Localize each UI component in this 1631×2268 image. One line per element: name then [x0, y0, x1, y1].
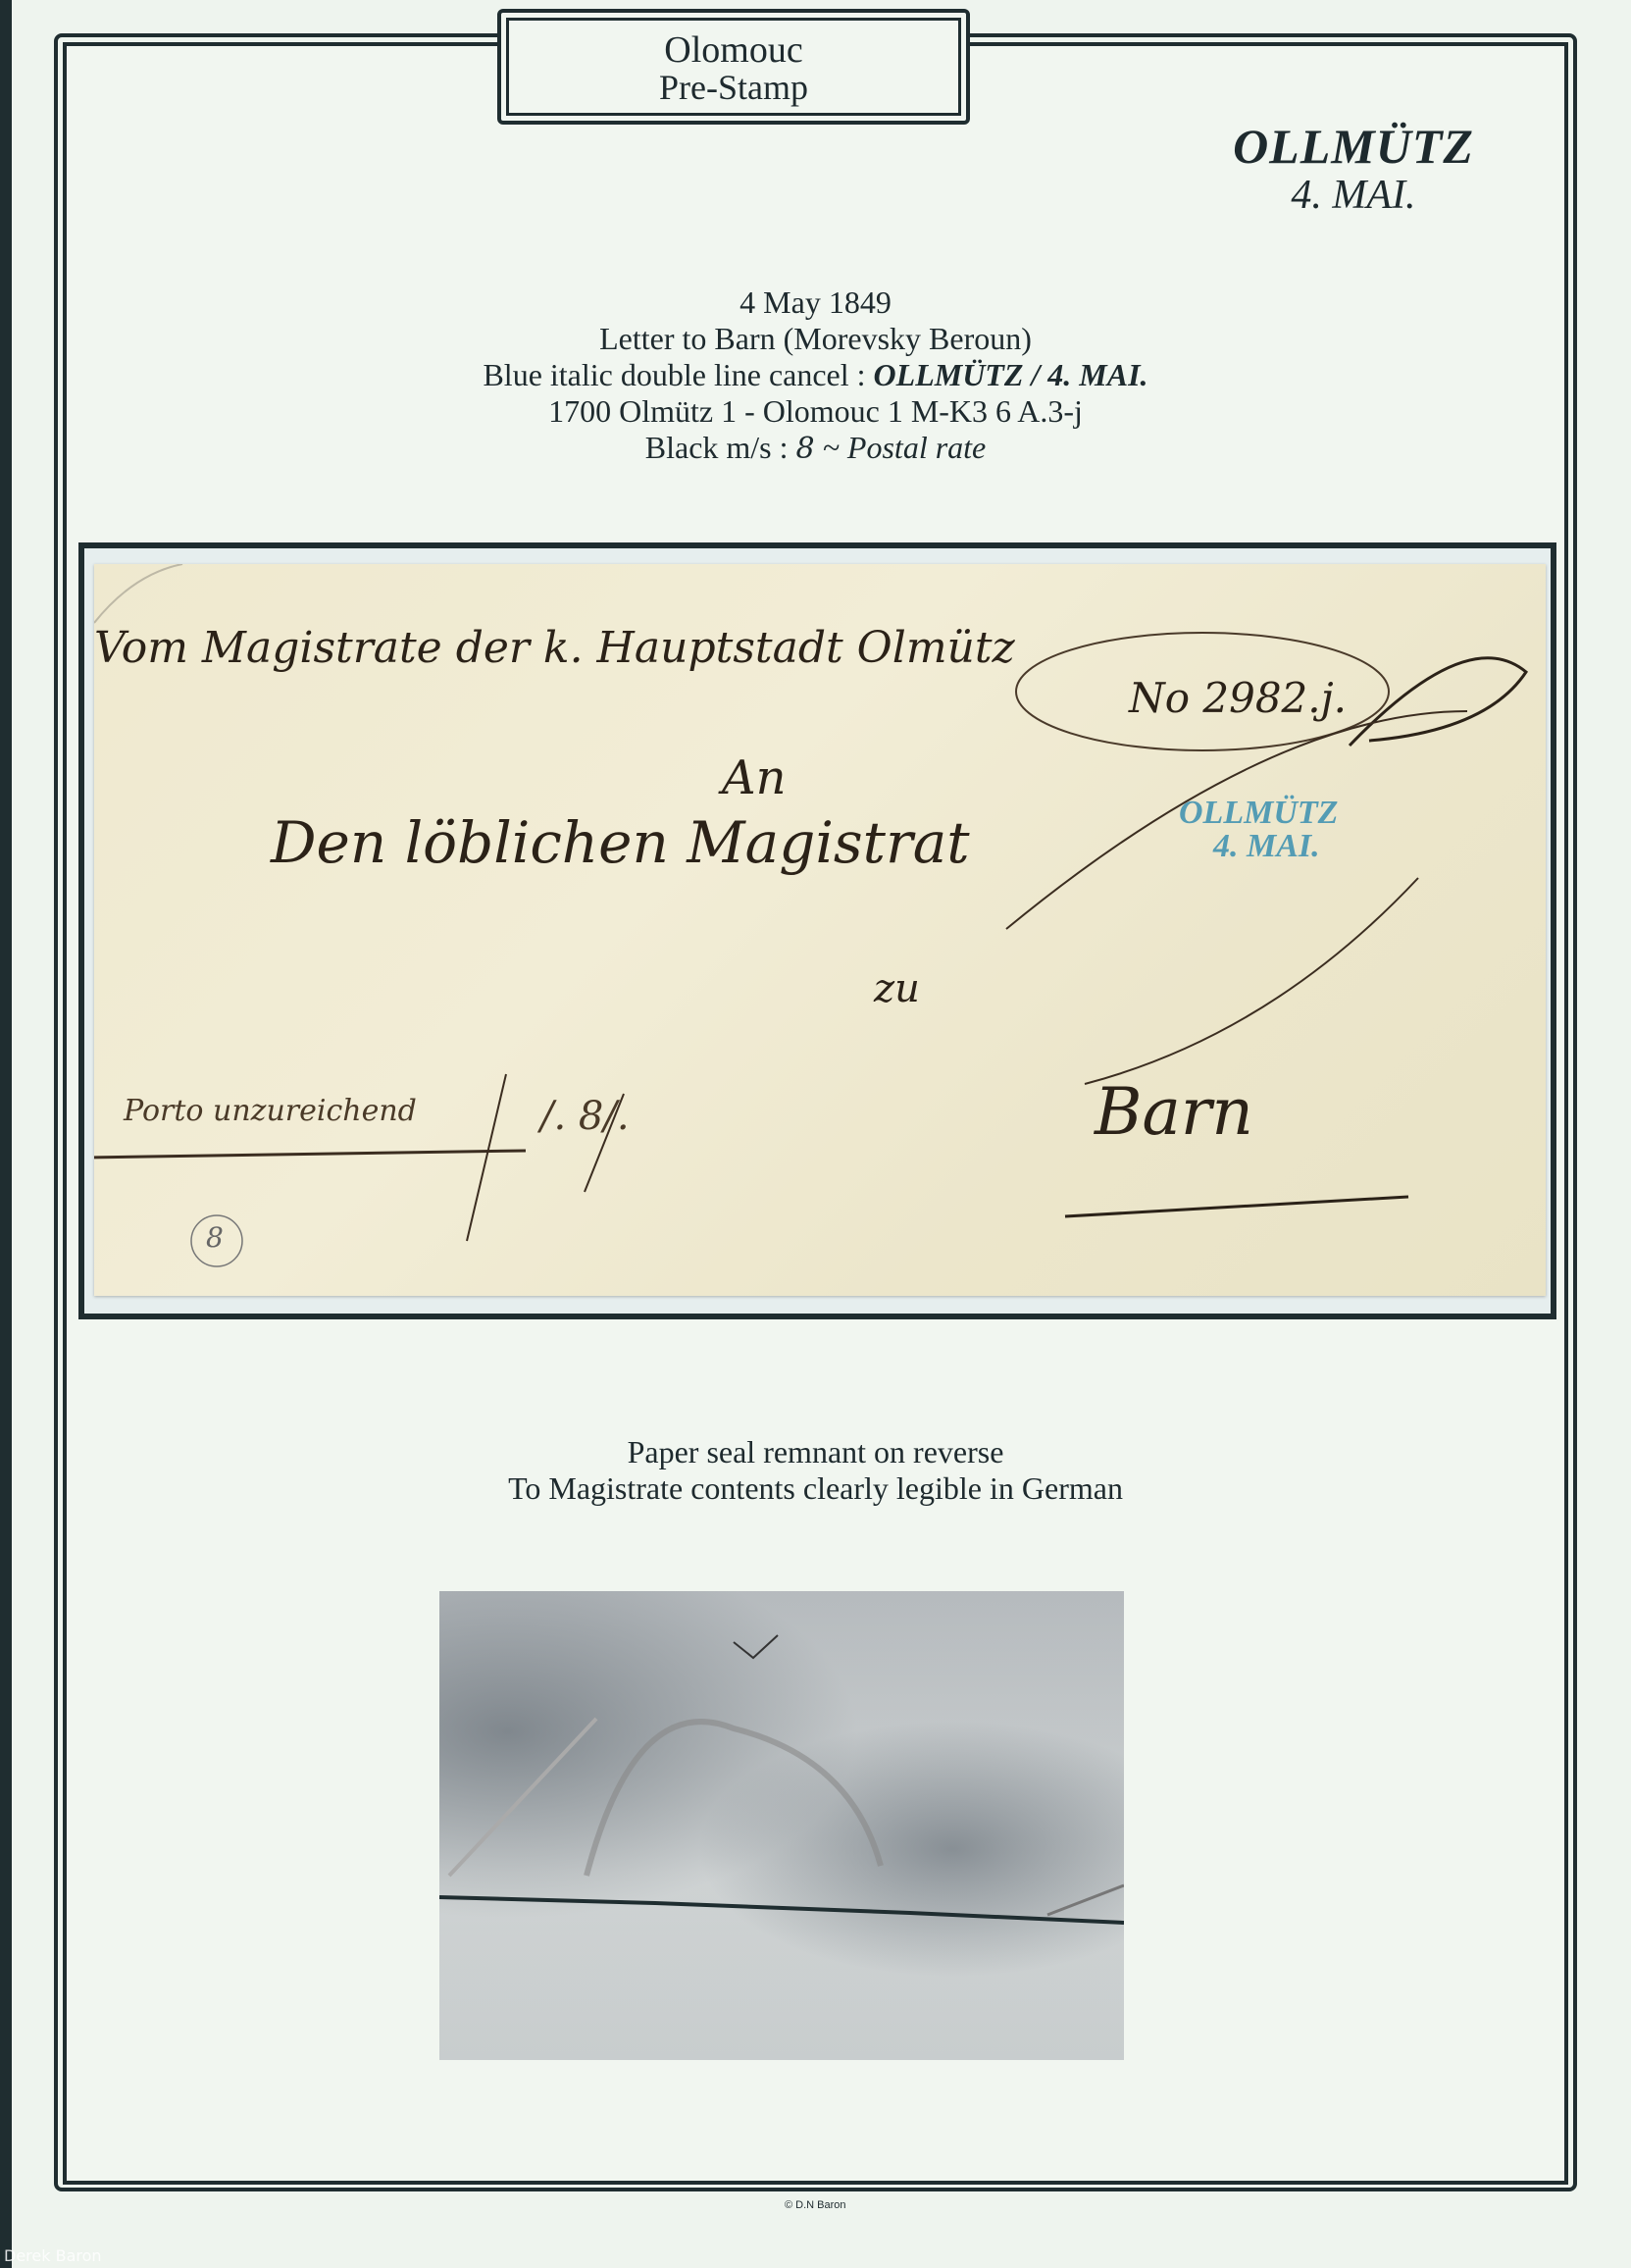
cover-route: Letter to Barn (Morevsky Beroun)	[294, 321, 1337, 357]
copyright-note: © D.N Baron	[785, 2199, 846, 2211]
rate-line: Black m/s : 8 ~ Postal rate	[294, 430, 1337, 467]
blue-cancel: OLLMÜTZ 4. MAI.	[1179, 797, 1338, 863]
cancel-illustration-date: 4. MAI.	[1226, 173, 1481, 218]
cancel-illustration-town: OLLMÜTZ	[1226, 120, 1481, 173]
seal-reverse-image	[439, 1591, 1124, 2060]
cover-date: 4 May 1849	[294, 284, 1337, 321]
caption-line-1: Paper seal remnant on reverse	[294, 1434, 1337, 1470]
destination-barn: Barn	[1095, 1074, 1253, 1150]
seal-details	[439, 1591, 1124, 2060]
cancel-illustration: OLLMÜTZ 4. MAI.	[1226, 120, 1481, 218]
reverse-caption: Paper seal remnant on reverse To Magistr…	[294, 1434, 1337, 1507]
pencil-mark: 8	[206, 1221, 224, 1254]
page-title: Olomouc	[509, 30, 958, 70]
rate-suffix: ~ Postal rate	[815, 430, 987, 465]
registry-number: No 2982.j.	[1129, 674, 1347, 722]
cover-image: Vom Magistrate der k. Hauptstadt Olmütz …	[94, 564, 1546, 1296]
rate-label: Black m/s :	[645, 430, 796, 465]
sender-line: Vom Magistrate der k. Hauptstadt Olmütz	[94, 623, 1015, 673]
page-subtitle: Pre-Stamp	[509, 70, 958, 105]
cancel-label: Blue italic double line cancel :	[483, 357, 873, 392]
rate-value: 8	[796, 432, 815, 466]
blue-cancel-town: OLLMÜTZ	[1179, 797, 1338, 830]
blue-cancel-date: 4. MAI.	[1179, 830, 1338, 863]
cancel-text: OLLMÜTZ / 4. MAI.	[874, 357, 1148, 392]
watermark: Derek Baron	[4, 2246, 102, 2265]
catalogue-reference: 1700 Olmütz 1 - Olomouc 1 M-K3 6 A.3-j	[294, 393, 1337, 430]
cancel-line: Blue italic double line cancel : OLLMÜTZ…	[294, 357, 1337, 393]
addressee-line: Den löblichen Magistrat	[271, 809, 970, 876]
caption-line-2: To Magistrate contents clearly legible i…	[294, 1470, 1337, 1507]
addressee-an: An	[722, 750, 787, 805]
cover-description: 4 May 1849 Letter to Barn (Morevsky Bero…	[294, 284, 1337, 467]
title-box-inner: Olomouc Pre-Stamp	[506, 18, 961, 116]
scan-edge	[0, 0, 12, 2268]
addressee-zu: zu	[874, 966, 920, 1011]
franco-note: Porto unzureichend	[124, 1094, 417, 1128]
rate-mark: /. 8/.	[540, 1094, 630, 1139]
